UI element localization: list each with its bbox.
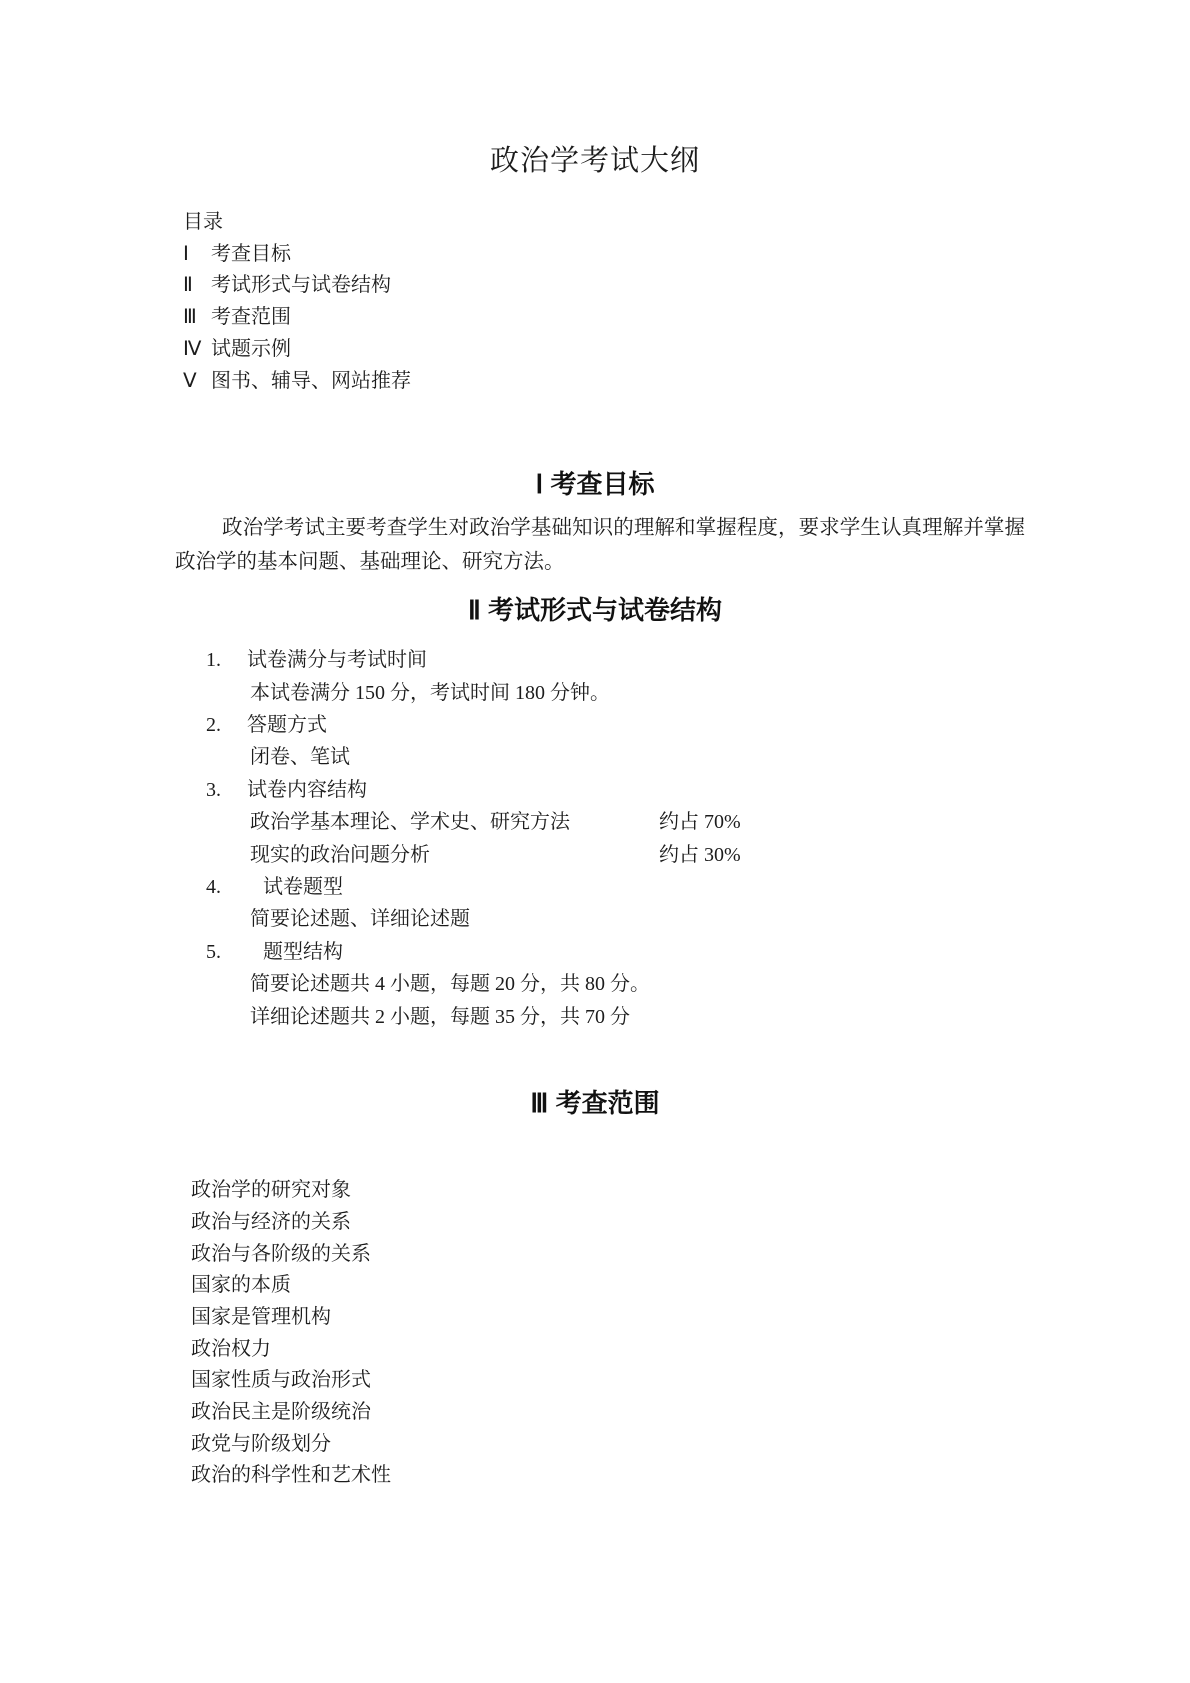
format-item-detail: 简要论述题共 4 小题，每题 20 分，共 80 分。 <box>250 968 1190 1000</box>
scope-item: 政治权力 <box>191 1334 1190 1366</box>
format-item-detail: 简要论述题、详细论述题 <box>250 903 1190 935</box>
format-item-number: 5. <box>206 936 263 968</box>
scope-item: 政治的科学性和艺术性 <box>191 1460 1190 1492</box>
toc-item: Ⅲ 考查范围 <box>183 302 1190 334</box>
format-item-title: 试卷题型 <box>263 876 343 898</box>
format-item-number: 3. <box>206 774 247 806</box>
goals-paragraph: 政治学考试主要考查学生对政治学基础知识的理解和掌握程度，要求学生认真理解并掌握政… <box>175 512 1025 579</box>
format-content-weight: 约占 70% <box>659 806 741 838</box>
scope-list: 政治学的研究对象 政治与经济的关系 政治与各阶级的关系 国家的本质 国家是管理机… <box>191 1175 1190 1492</box>
format-item-title: 试卷满分与考试时间 <box>247 649 427 671</box>
format-item: 4.试卷题型 <box>206 871 1190 903</box>
format-item-title: 试卷内容结构 <box>247 779 367 801</box>
toc-item-numeral: Ⅱ <box>183 270 211 302</box>
toc-item: Ⅰ 考查目标 <box>183 239 1190 271</box>
format-content-row: 现实的政治问题分析 约占 30% <box>250 839 1190 871</box>
toc-item: Ⅳ 试题示例 <box>183 334 1190 366</box>
format-item-number: 4. <box>206 871 263 903</box>
format-item-title: 答题方式 <box>247 714 327 736</box>
scope-item: 政党与阶级划分 <box>191 1429 1190 1461</box>
scope-item: 政治学的研究对象 <box>191 1175 1190 1207</box>
format-content-label: 现实的政治问题分析 <box>250 844 430 866</box>
format-content-label: 政治学基本理论、学术史、研究方法 <box>250 811 570 833</box>
document-page: 政治学考试大纲 目录 Ⅰ 考查目标 Ⅱ 考试形式与试卷结构 Ⅲ 考查范围 Ⅳ 试… <box>0 0 1190 1683</box>
format-item: 2.答题方式 <box>206 709 1190 741</box>
scope-item: 政治与各阶级的关系 <box>191 1239 1190 1271</box>
format-item-detail: 本试卷满分 150 分，考试时间 180 分钟。 <box>250 677 1190 709</box>
format-item: 1.试卷满分与考试时间 <box>206 644 1190 676</box>
toc-item-label: 考试形式与试卷结构 <box>211 270 391 302</box>
toc-item-numeral: Ⅲ <box>183 302 211 334</box>
format-item-number: 2. <box>206 709 247 741</box>
toc-heading: 目录 <box>183 207 1190 239</box>
scope-item: 政治民主是阶级统治 <box>191 1397 1190 1429</box>
toc-item: Ⅱ 考试形式与试卷结构 <box>183 270 1190 302</box>
section-goals-heading: Ⅰ 考查目标 <box>0 469 1190 499</box>
format-item: 5.题型结构 <box>206 936 1190 968</box>
section-scope-heading: Ⅲ 考查范围 <box>0 1088 1190 1118</box>
toc-item-label: 考查目标 <box>211 239 291 271</box>
format-item-number: 1. <box>206 644 247 676</box>
format-item-title: 题型结构 <box>263 941 343 963</box>
table-of-contents: 目录 Ⅰ 考查目标 Ⅱ 考试形式与试卷结构 Ⅲ 考查范围 Ⅳ 试题示例 Ⅴ 图书… <box>183 207 1190 397</box>
scope-item: 政治与经济的关系 <box>191 1207 1190 1239</box>
toc-item-label: 考查范围 <box>211 302 291 334</box>
scope-item: 国家是管理机构 <box>191 1302 1190 1334</box>
format-list: 1.试卷满分与考试时间 本试卷满分 150 分，考试时间 180 分钟。 2.答… <box>0 644 1190 1033</box>
scope-item: 国家的本质 <box>191 1270 1190 1302</box>
section-format-heading: Ⅱ 考试形式与试卷结构 <box>0 595 1190 625</box>
document-title: 政治学考试大纲 <box>0 0 1190 178</box>
format-item-detail: 闭卷、笔试 <box>250 741 1190 773</box>
scope-item: 国家性质与政治形式 <box>191 1365 1190 1397</box>
toc-item: Ⅴ 图书、辅导、网站推荐 <box>183 366 1190 398</box>
toc-item-label: 试题示例 <box>211 334 291 366</box>
format-item-detail: 详细论述题共 2 小题，每题 35 分，共 70 分 <box>250 1001 1190 1033</box>
format-item: 3.试卷内容结构 <box>206 774 1190 806</box>
toc-item-numeral: Ⅳ <box>183 334 211 366</box>
toc-item-numeral: Ⅴ <box>183 366 211 398</box>
toc-item-numeral: Ⅰ <box>183 239 211 271</box>
format-content-row: 政治学基本理论、学术史、研究方法 约占 70% <box>250 806 1190 838</box>
format-content-weight: 约占 30% <box>659 839 741 871</box>
toc-item-label: 图书、辅导、网站推荐 <box>211 366 411 398</box>
